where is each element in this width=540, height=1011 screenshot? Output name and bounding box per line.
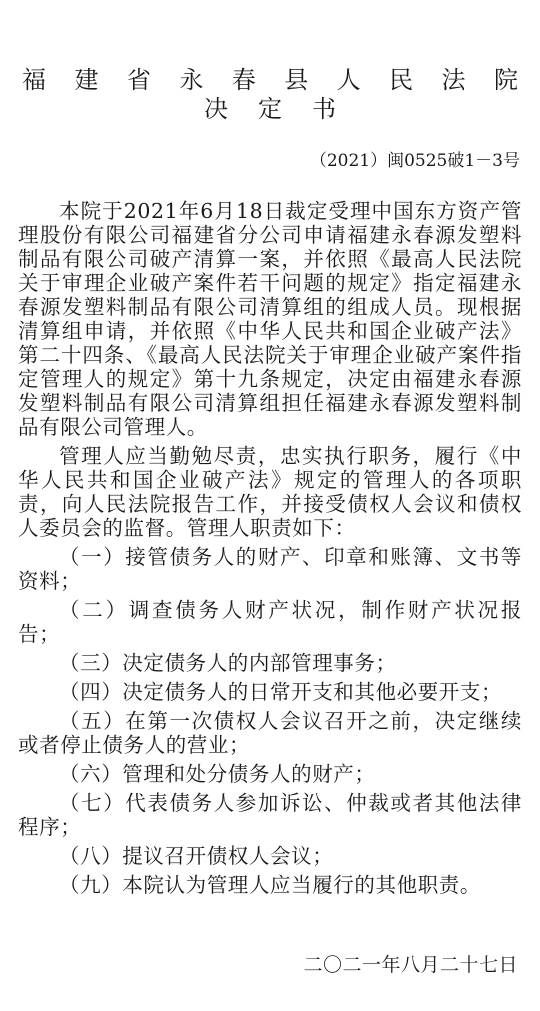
- duty-item: （八）提议召开债权人会议；: [18, 844, 522, 868]
- title-char: 法: [442, 66, 466, 94]
- duty-item: （五）在第一次债权人会议召开之前，决定继续或者停止债务人的营业；: [18, 709, 522, 757]
- document-body: 本院于2021年6月18日裁定受理中国东方资产管理股份有限公司福建省分公司申请福…: [18, 199, 522, 897]
- title-char: 永: [179, 66, 203, 94]
- title-char: 院: [494, 66, 518, 94]
- title-char: 定: [258, 95, 282, 123]
- document-type-title: 决 定 书: [0, 95, 540, 123]
- duty-item: （四）决定债务人的日常开支和其他必要开支；: [18, 680, 522, 704]
- decision-date: 二〇二一年八月二十七日: [303, 953, 518, 977]
- title-char: 建: [74, 66, 98, 94]
- duty-item: （二）调查债务人财产状况，制作财产状况报告；: [18, 598, 522, 646]
- duty-item: （三）决定债务人的内部管理事务；: [18, 651, 522, 675]
- title-char: 省: [127, 66, 151, 94]
- title-char: 决: [204, 95, 228, 123]
- paragraph-duties-intro: 管理人应当勤勉尽责，忠实执行职务，履行《中华人民共和国企业破产法》规定的管理人的…: [18, 444, 522, 540]
- title-char: 县: [284, 66, 308, 94]
- duty-item: （六）管理和处分债务人的财产；: [18, 762, 522, 786]
- title-char: 福: [22, 66, 46, 94]
- paragraph-decision: 本院于2021年6月18日裁定受理中国东方资产管理股份有限公司福建省分公司申请福…: [18, 199, 522, 439]
- duty-item: （一）接管债务人的财产、印章和账簿、文书等资料；: [18, 545, 522, 593]
- title-char: 人: [337, 66, 361, 94]
- title-char: 春: [232, 66, 256, 94]
- duty-item: （七）代表债务人参加诉讼、仲裁或者其他法律程序；: [18, 791, 522, 839]
- court-name-title: 福 建 省 永 春 县 人 民 法 院: [0, 66, 540, 94]
- duty-item: （九）本院认为管理人应当履行的其他职责。: [18, 873, 522, 897]
- case-number: （2021）闽0525破1－3号: [310, 150, 520, 172]
- title-char: 民: [389, 66, 413, 94]
- title-char: 书: [312, 95, 336, 123]
